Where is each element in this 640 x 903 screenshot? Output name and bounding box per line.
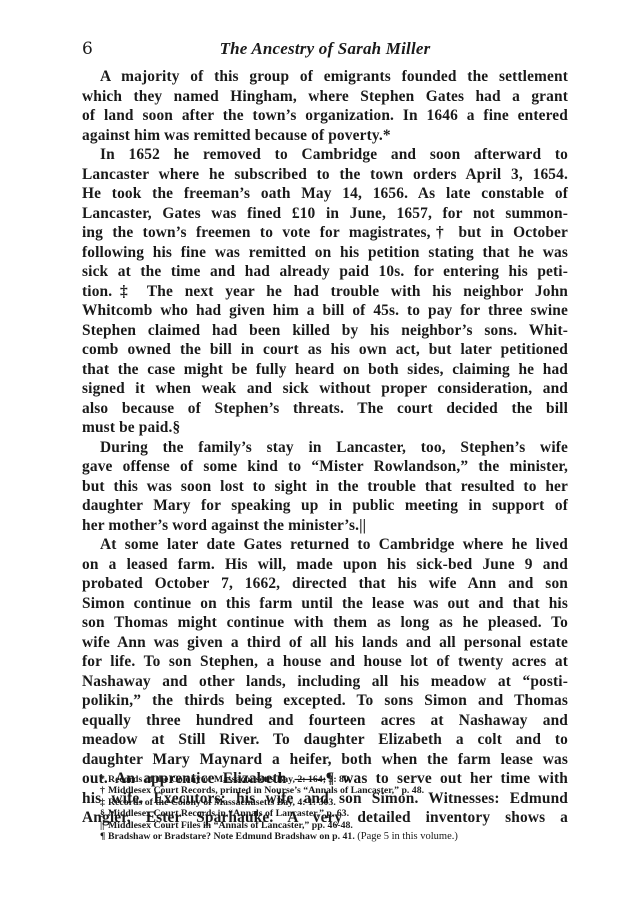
footnote-text: Middlesex Court Files in “Annals of Lanc… xyxy=(108,820,353,831)
footnotes: *Records of the Colony of Massachusetts … xyxy=(100,774,570,842)
text-line: At some later date Gates returned to Cam… xyxy=(82,535,568,555)
text-line: of land soon after the town’s organizati… xyxy=(82,106,568,126)
footnote-text: Middlesex Court Records in “Annals of La… xyxy=(108,808,349,819)
paragraph-1: A majority of this group of emigrants fo… xyxy=(82,67,568,145)
text-line: son Thomas might continue with them as l… xyxy=(82,613,568,633)
text-line: Simon continue on this farm until the le… xyxy=(82,594,568,614)
running-title: The Ancestry of Sarah Miller xyxy=(82,38,568,60)
footnote-mark: || xyxy=(100,820,108,831)
footnote-mark: ¶ xyxy=(100,831,108,842)
footnote-mark: † xyxy=(100,785,108,796)
text-line: on a leased farm. His will, made upon hi… xyxy=(82,555,568,575)
footnote: §Middlesex Court Records in “Annals of L… xyxy=(100,808,570,819)
text-line: following his fine was remitted on his p… xyxy=(82,243,568,263)
text-line: her mother’s word against the minister’s… xyxy=(82,516,568,536)
text-line: comb owned the bill in court as his own … xyxy=(82,340,568,360)
text-line: Nashaway and other lands, including all … xyxy=(82,672,568,692)
footnote-text: Middlesex Court Records, printed in Nour… xyxy=(108,785,424,796)
text-line: daughter Mary Maynard a heifer, both whe… xyxy=(82,750,568,770)
text-line: equally three hundred and fourteen acres… xyxy=(82,711,568,731)
document-page: 6 The Ancestry of Sarah Miller A majorit… xyxy=(0,0,640,903)
text-line: Whitcomb who had given him a bill of 45s… xyxy=(82,301,568,321)
text-line: probated October 7, 1662, directed that … xyxy=(82,574,568,594)
text-line: that the case might be fully heard on bo… xyxy=(82,360,568,380)
footnote: †Middlesex Court Records, printed in Nou… xyxy=(100,785,570,796)
text-line: against him was remitted because of pove… xyxy=(82,126,568,146)
body-text: A majority of this group of emigrants fo… xyxy=(82,67,568,828)
text-line: Stephen claimed had been killed by his n… xyxy=(82,321,568,341)
footnote: *Records of the Colony of Massachusetts … xyxy=(100,774,570,785)
text-line: Lancaster, Gates was fined £10 in June, … xyxy=(82,204,568,224)
text-line: He took the freeman’s oath May 14, 1656.… xyxy=(82,184,568,204)
text-line: daughter Mary for speaking up in public … xyxy=(82,496,568,516)
text-line: but this was soon lost to sight in the t… xyxy=(82,477,568,497)
page-header: 6 The Ancestry of Sarah Miller xyxy=(82,38,568,60)
text-line: gave offense of some kind to “Mister Row… xyxy=(82,457,568,477)
footnote: ¶Bradshaw or Bradstare? Note Edmund Brad… xyxy=(100,831,570,842)
paragraph-3: During the family’s stay in Lancaster, t… xyxy=(82,438,568,536)
handwritten-note: (Page 5 in this volume.) xyxy=(357,831,458,842)
text-line: wife Ann was given a third of all his la… xyxy=(82,633,568,653)
text-line: A majority of this group of emigrants fo… xyxy=(82,67,568,87)
footnote: ||Middlesex Court Files in “Annals of La… xyxy=(100,820,570,831)
text-line: must be paid.§ xyxy=(82,418,568,438)
text-line: Lancaster where he subscribed to the tow… xyxy=(82,165,568,185)
text-line: signed it when weak and sick without pro… xyxy=(82,379,568,399)
text-line: ing the town’s freemen to vote for magis… xyxy=(82,223,568,243)
text-line: also because of Stephen’s threats. The c… xyxy=(82,399,568,419)
text-line: polikin,” the thirds being excepted. To … xyxy=(82,691,568,711)
text-line: which they named Hingham, where Stephen … xyxy=(82,87,568,107)
text-line: meadow at Still River. To daughter Eliza… xyxy=(82,730,568,750)
paragraph-2: In 1652 he removed to Cambridge and soon… xyxy=(82,145,568,438)
text-line: In 1652 he removed to Cambridge and soon… xyxy=(82,145,568,165)
text-line: tion.‡ The next year he had trouble with… xyxy=(82,282,568,302)
text-line: During the family’s stay in Lancaster, t… xyxy=(82,438,568,458)
footnote: ‡Records of the Colony of Massachusetts … xyxy=(100,797,570,808)
footnote-text: Records of the Colony of Massachusetts B… xyxy=(108,797,336,808)
footnote-text: Bradshaw or Bradstare? Note Edmund Brads… xyxy=(108,831,355,842)
text-line: for life. To son Stephen, a house and ho… xyxy=(82,652,568,672)
footnote-mark: § xyxy=(100,808,108,819)
footnote-text: Records of the Colony of Massachusetts B… xyxy=(108,774,351,785)
text-line: sick at the time and had already paid 10… xyxy=(82,262,568,282)
footnote-mark: * xyxy=(100,774,108,785)
footnote-mark: ‡ xyxy=(100,797,108,808)
